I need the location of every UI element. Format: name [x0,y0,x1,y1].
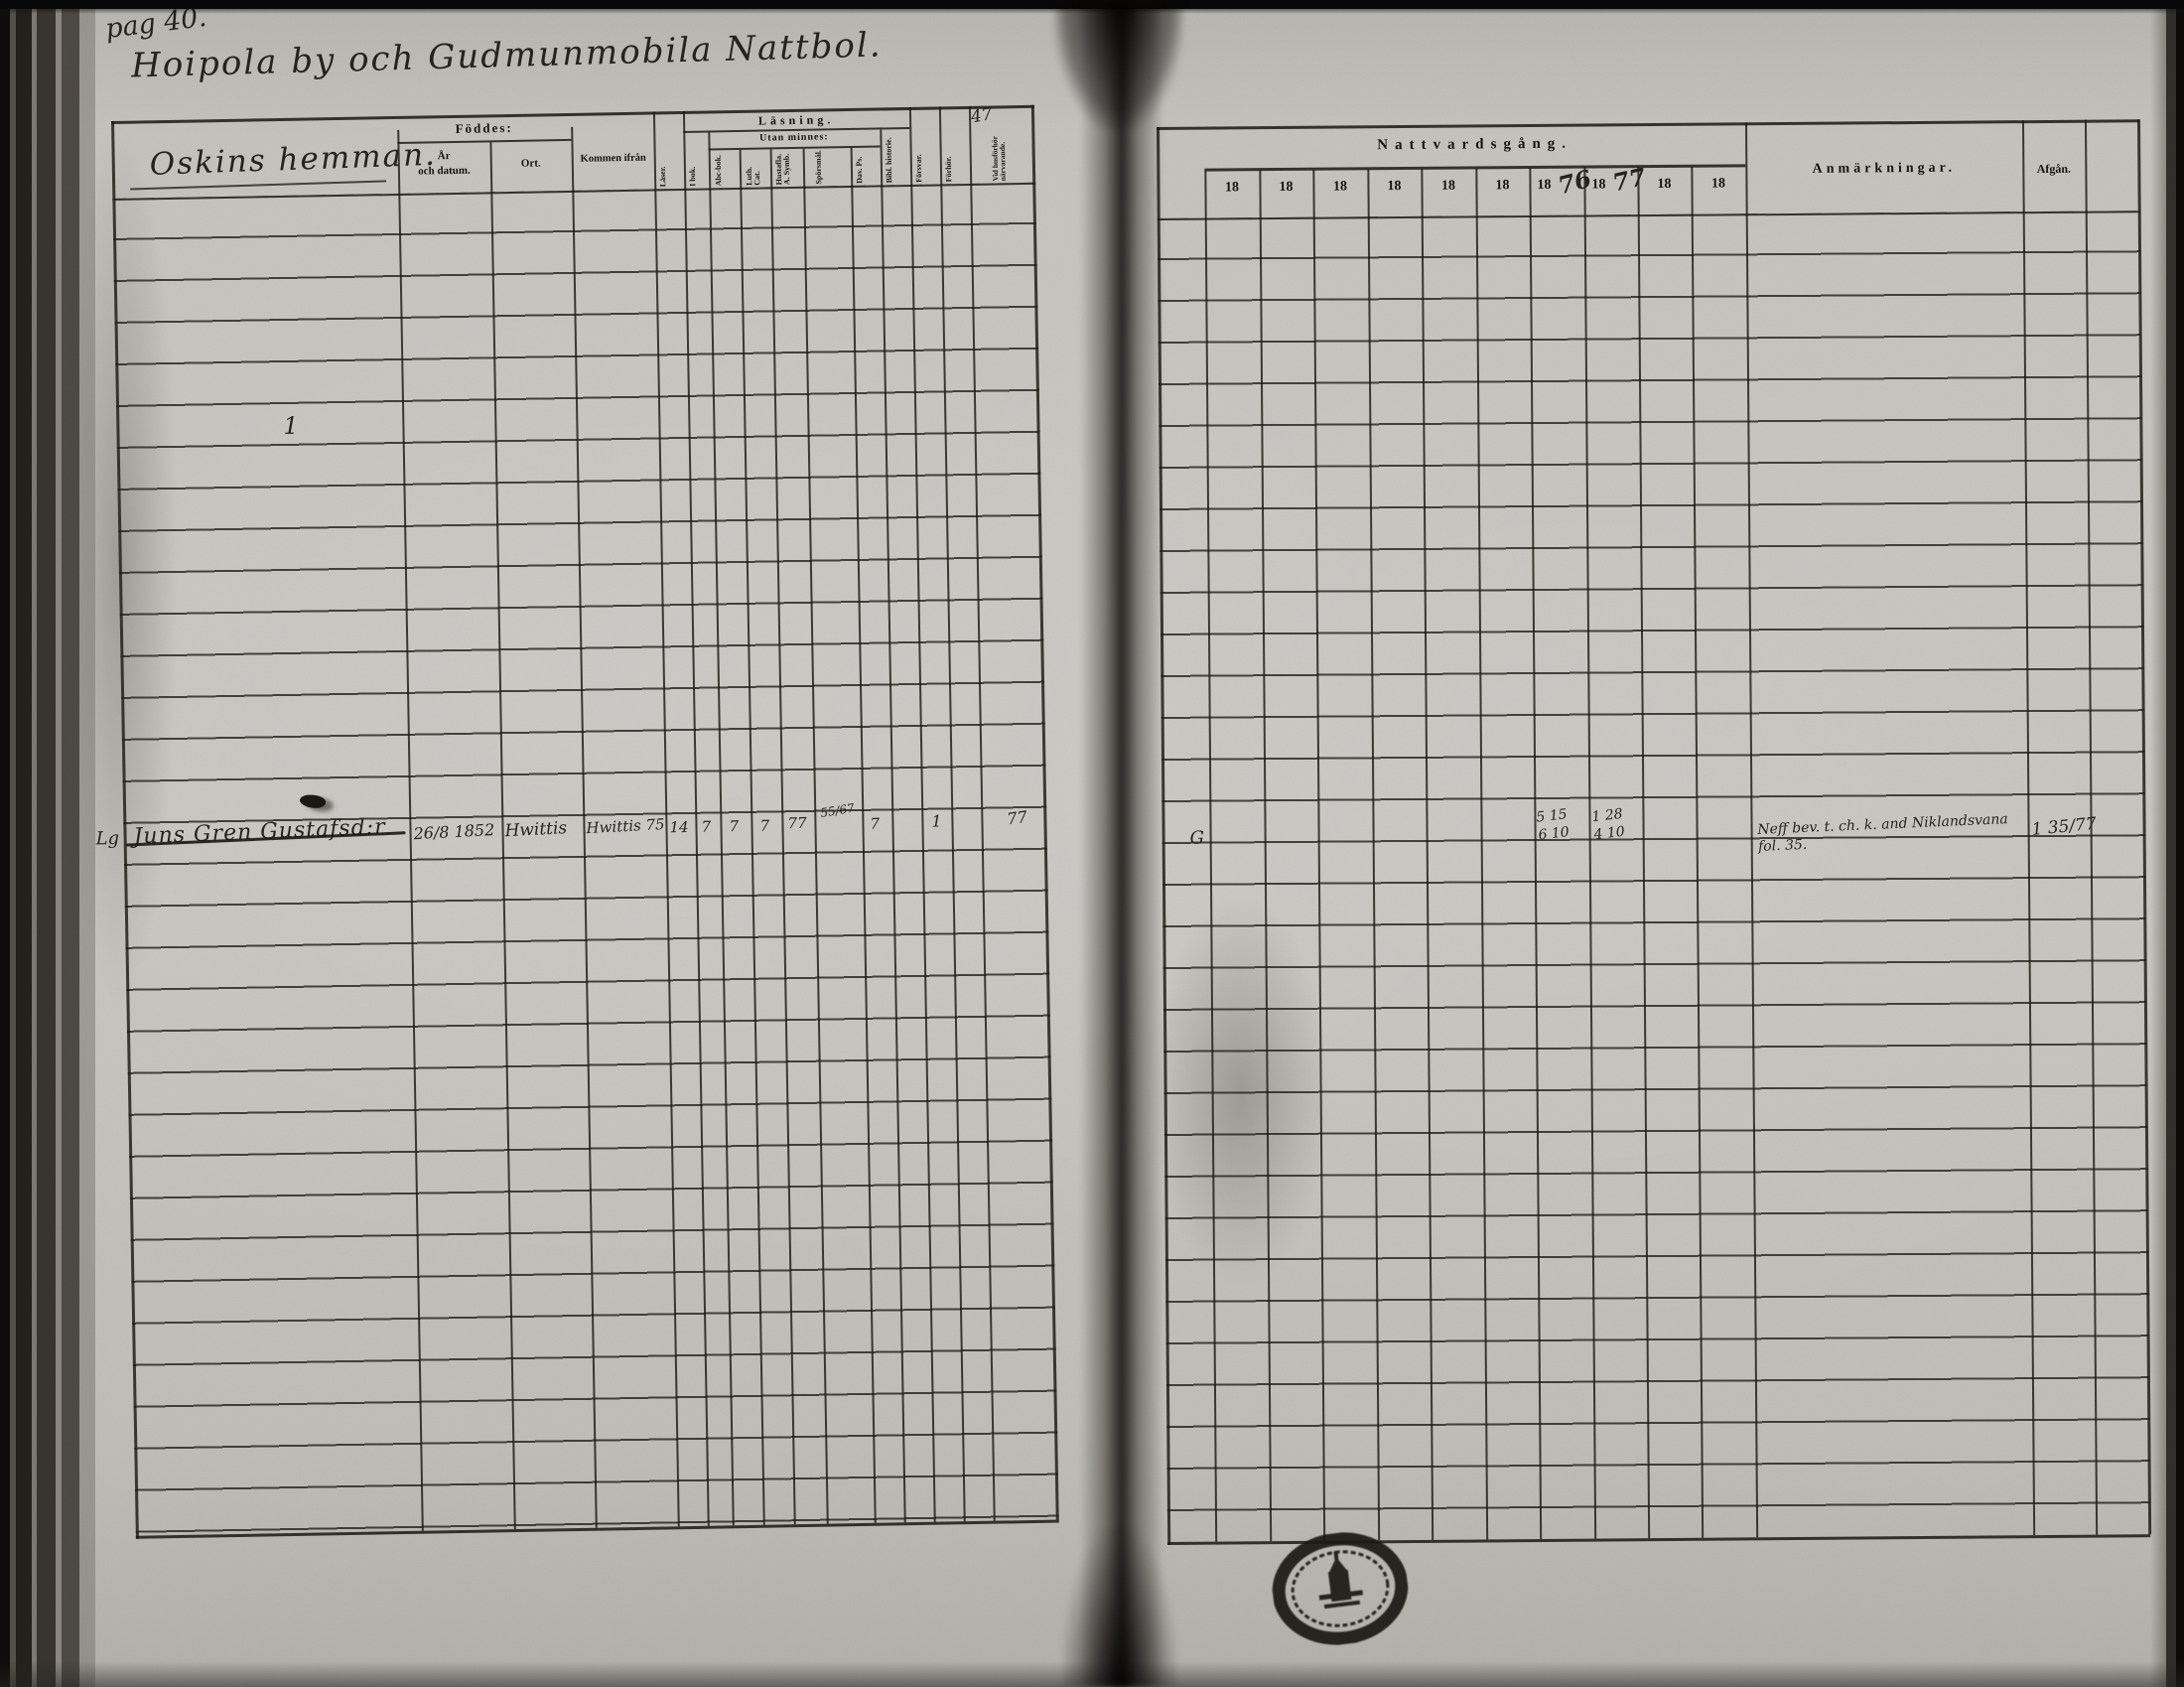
column-header-anmarkningar: Anmärkningar. [1745,160,2022,178]
section-heading: Oskins hemman. [149,137,437,183]
entry-year-mark: 1 28 4 10 [1591,805,1626,845]
entry-mark: 7 [759,817,769,835]
page-fold-shadow-bottom [1062,1528,1176,1687]
column-header-afgan: Afgån. [2022,162,2085,177]
entry-mark: 7 [729,817,739,835]
grid-line [1157,119,2139,130]
scanned-ledger-photo: pag 40. Hoipola by och Gudmunmobila Natt… [0,0,2184,1687]
rotated-column-label: Abc-bok. [715,152,738,186]
entry-mark: 77 [787,814,806,832]
entry-mark: 7 [870,815,880,833]
right-page-table: Nattvardsgång. Anmärkningar. Afgån. 18 1… [1157,119,2152,1545]
rotated-column-label: Läser. [658,119,681,187]
rotated-column-label: Luth. Cat. [746,151,768,185]
row-rules [1158,211,2150,1542]
rotated-column-label: Bibl. historie. [885,133,907,183]
column-header-foddes: Föddes: [397,119,571,138]
page-title: Hoipola by och Gudmunmobila Nattbol. [131,25,883,85]
year-cell-printed: 18 [1204,180,1259,196]
rotated-column-label: Dav. Ps. [855,134,878,184]
entry-mark: 77 [1006,807,1028,828]
entry-mark: 14 [669,818,688,836]
rotated-column-label: Hustafla. A. Symb. [775,151,802,185]
entry-mark: 1 [931,812,942,831]
column-header-ort: Ort. [490,157,572,170]
year-cell-printed: 18 [1367,179,1421,195]
column-header-kommen-ifran: Kommen ifrån [573,151,654,166]
rotated-column-label: Vid husförhör närvarande. [991,111,1022,182]
entry-lead-mark: G [1190,828,1205,849]
year-cell-printed: 18 [1259,180,1312,196]
entry-year-mark: 5 15 6 10 [1536,805,1570,845]
rotated-column-label: Försvar. [914,114,937,182]
entry-birth-place: Hwittis [504,818,568,841]
year-cell-printed: 18 [1691,176,1745,192]
archive-stamp [1267,1525,1415,1652]
year-cell-handwritten: 76 [1555,164,1594,200]
year-cell-printed: 18 [1475,178,1529,194]
page-fold-shadow [1080,0,1163,1687]
rotated-column-label: Förhör. [944,114,967,182]
column-header-ar-och-datum: År och datum. [398,148,491,180]
book-spine-edge [0,0,95,1687]
entry-mark: 7 [701,818,711,836]
column-group-nattvardsgang: Nattvardsgång. [1204,134,1745,155]
paper-smudge [1152,894,1330,1291]
page-fold-shadow-top [1054,0,1183,129]
row-rules [112,183,1058,1536]
year-cell-printed: 18 [1421,178,1475,194]
rotated-column-label: Spörsmål. [815,150,842,184]
year-cell-printed: 18 [1312,179,1367,195]
stray-row-mark: 1 [283,412,299,440]
oval-archive-seal-icon [1267,1525,1415,1652]
stray-header-mark: 47 [970,104,995,127]
left-page-table: Oskins hemman. Föddes: År och datum. Ort… [111,105,1059,1539]
rotated-column-label: I bok. [688,137,707,187]
photo-right-edge [2150,0,2184,1687]
